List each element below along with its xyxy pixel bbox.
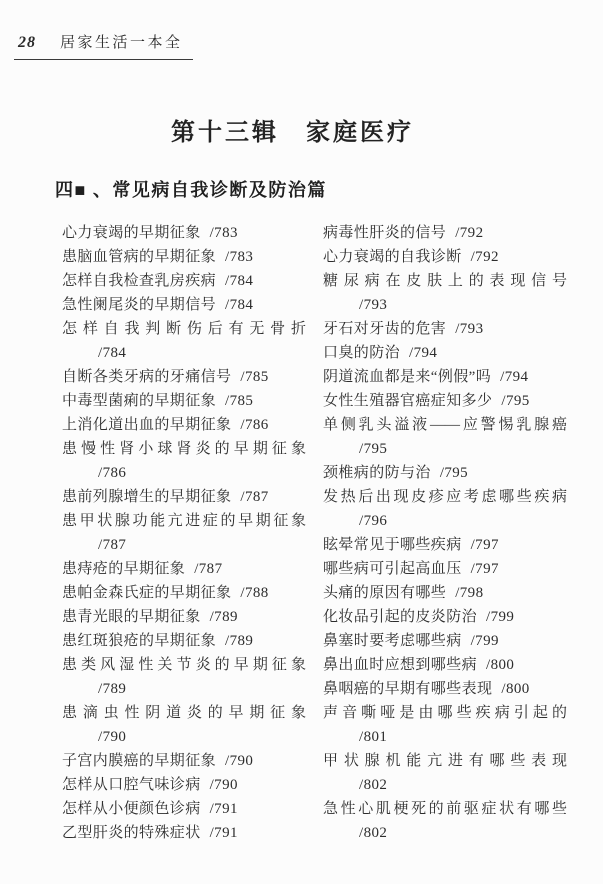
toc-entry-title: 单侧乳头溢液——应警惕乳腺癌 xyxy=(323,413,567,437)
toc-entry-title: 患甲状腺功能亢进症的早期征象 xyxy=(62,509,306,533)
toc-entry-title: 怎样从小便颜色诊病 xyxy=(62,801,201,817)
toc-entry: 化妆品引起的皮炎防治/799 xyxy=(323,605,567,629)
toc-entry: 心力衰竭的早期征象/783 xyxy=(62,221,306,245)
toc-entry-title: 心力衰竭的早期征象 xyxy=(62,225,201,241)
toc-entry: 头痛的原因有哪些/798 xyxy=(323,581,567,605)
toc-entry: 患帕金森氏症的早期征象/788 xyxy=(62,581,306,605)
toc-entry: 单侧乳头溢液——应警惕乳腺癌/795 xyxy=(323,413,567,461)
toc-entry: 怎样从口腔气味诊病/790 xyxy=(62,773,306,797)
toc-entry: 鼻出血时应想到哪些病/800 xyxy=(323,653,567,677)
toc-entry-title: 化妆品引起的皮炎防治 xyxy=(323,609,477,625)
toc-entry-title: 患青光眼的早期征象 xyxy=(62,609,201,625)
toc-entry-title: 急性阑尾炎的早期信号 xyxy=(62,297,216,313)
toc-entry: 自断各类牙病的牙痛信号/785 xyxy=(62,365,306,389)
running-head: 28 居家生活一本全 xyxy=(14,31,193,60)
toc-entry-page-number: /797 xyxy=(471,561,499,577)
toc-entry-title: 糖尿病在皮肤上的表现信号 xyxy=(323,269,567,293)
toc-entry-title: 鼻咽癌的早期有哪些表现 xyxy=(323,681,492,697)
toc-entry: 患青光眼的早期征象/789 xyxy=(62,605,306,629)
toc-entry-page-number: /799 xyxy=(471,633,499,649)
toc-entry-title: 患慢性肾小球肾炎的早期征象 xyxy=(62,437,306,461)
toc-entry-title: 中毒型菌痢的早期征象 xyxy=(62,393,216,409)
toc-entry-page-number: /783 xyxy=(210,225,238,241)
toc-entry-title: 鼻塞时要考虑哪些病 xyxy=(323,633,462,649)
toc-entry-page-number: /792 xyxy=(455,225,483,241)
toc-entry: 鼻咽癌的早期有哪些表现/800 xyxy=(323,677,567,701)
toc-entry-title: 鼻出血时应想到哪些病 xyxy=(323,657,477,673)
toc-entry-page-number: /789 xyxy=(225,633,253,649)
toc-column-left: 心力衰竭的早期征象/783患脑血管病的早期征象/783怎样自我检查乳房疾病/78… xyxy=(62,221,306,845)
toc-entry: 心力衰竭的自我诊断/792 xyxy=(323,245,567,269)
toc-entry-page-number: /795 xyxy=(501,393,529,409)
toc-entry-title: 头痛的原因有哪些 xyxy=(323,585,446,601)
toc-entry-title: 心力衰竭的自我诊断 xyxy=(323,249,462,265)
toc-entry: 患脑血管病的早期征象/783 xyxy=(62,245,306,269)
toc-entry: 患类风湿性关节炎的早期征象/789 xyxy=(62,653,306,701)
toc-entry: 甲状腺机能亢进有哪些表现/802 xyxy=(323,749,567,797)
toc-entry-page-number: /798 xyxy=(455,585,483,601)
toc-entry-title: 患前列腺增生的早期征象 xyxy=(62,489,231,505)
toc-entry-page-number: /787 xyxy=(62,533,306,557)
toc-entry-page-number: /793 xyxy=(323,293,567,317)
toc-entry: 颈椎病的防与治/795 xyxy=(323,461,567,485)
toc-entry: 子宫内膜癌的早期征象/790 xyxy=(62,749,306,773)
toc-entry-title: 患痔疮的早期征象 xyxy=(62,561,185,577)
toc-entry-page-number: /790 xyxy=(62,725,306,749)
toc-entry-page-number: /799 xyxy=(486,609,514,625)
toc-entry: 患前列腺增生的早期征象/787 xyxy=(62,485,306,509)
table-of-contents: 心力衰竭的早期征象/783患脑血管病的早期征象/783怎样自我检查乳房疾病/78… xyxy=(62,221,567,845)
toc-entry: 患滴虫性阴道炎的早期征象/790 xyxy=(62,701,306,749)
toc-entry-page-number: /784 xyxy=(62,341,306,365)
toc-entry-page-number: /794 xyxy=(409,345,437,361)
book-page: { "colors": { "paper": "#fcfcfc", "ink":… xyxy=(0,0,603,884)
toc-entry-page-number: /786 xyxy=(62,461,306,485)
toc-entry-title: 牙石对牙齿的危害 xyxy=(323,321,446,337)
toc-entry-page-number: /787 xyxy=(194,561,222,577)
toc-entry-page-number: /784 xyxy=(225,297,253,313)
toc-entry: 哪些病可引起高血压/797 xyxy=(323,557,567,581)
toc-entry: 声音嘶哑是由哪些疾病引起的/801 xyxy=(323,701,567,749)
toc-entry-title: 患帕金森氏症的早期征象 xyxy=(62,585,231,601)
toc-entry-title: 声音嘶哑是由哪些疾病引起的 xyxy=(323,701,567,725)
toc-entry-title: 口臭的防治 xyxy=(323,345,400,361)
toc-entry-page-number: /794 xyxy=(500,369,528,385)
toc-entry-title: 患滴虫性阴道炎的早期征象 xyxy=(62,701,306,725)
toc-entry-page-number: /784 xyxy=(225,273,253,289)
toc-entry: 乙型肝炎的特殊症状/791 xyxy=(62,821,306,845)
toc-entry-title: 阴道流血都是来“例假”吗 xyxy=(323,369,491,385)
toc-column-right: 病毒性肝炎的信号/792心力衰竭的自我诊断/792糖尿病在皮肤上的表现信号/79… xyxy=(323,221,567,845)
toc-entry-page-number: /795 xyxy=(440,465,468,481)
toc-entry: 眩晕常见于哪些疾病/797 xyxy=(323,533,567,557)
toc-entry-title: 怎样自我判断伤后有无骨折 xyxy=(62,317,306,341)
toc-entry-title: 急性心肌梗死的前驱症状有哪些 xyxy=(323,797,567,821)
toc-entry-page-number: /792 xyxy=(471,249,499,265)
toc-entry-page-number: /791 xyxy=(210,825,238,841)
toc-entry-title: 患类风湿性关节炎的早期征象 xyxy=(62,653,306,677)
toc-entry: 鼻塞时要考虑哪些病/799 xyxy=(323,629,567,653)
toc-entry: 上消化道出血的早期征象/786 xyxy=(62,413,306,437)
toc-entry: 患红斑狼疮的早期征象/789 xyxy=(62,629,306,653)
toc-entry-title: 患脑血管病的早期征象 xyxy=(62,249,216,265)
toc-entry-title: 女性生殖器官癌症知多少 xyxy=(323,393,492,409)
toc-entry-page-number: /802 xyxy=(323,773,567,797)
toc-entry-title: 上消化道出血的早期征象 xyxy=(62,417,231,433)
toc-entry: 病毒性肝炎的信号/792 xyxy=(323,221,567,245)
toc-entry-page-number: /790 xyxy=(225,753,253,769)
toc-entry: 女性生殖器官癌症知多少/795 xyxy=(323,389,567,413)
toc-entry-title: 甲状腺机能亢进有哪些表现 xyxy=(323,749,567,773)
toc-entry: 怎样自我判断伤后有无骨折/784 xyxy=(62,317,306,365)
toc-entry: 怎样从小便颜色诊病/791 xyxy=(62,797,306,821)
toc-entry-page-number: /802 xyxy=(323,821,567,845)
toc-entry-page-number: /783 xyxy=(225,249,253,265)
toc-entry-title: 患红斑狼疮的早期征象 xyxy=(62,633,216,649)
toc-entry-page-number: /790 xyxy=(210,777,238,793)
toc-entry-page-number: /785 xyxy=(225,393,253,409)
toc-entry-page-number: /801 xyxy=(323,725,567,749)
toc-entry-page-number: /791 xyxy=(210,801,238,817)
volume-title: 第十三辑 家庭医疗 xyxy=(0,112,585,147)
toc-entry-page-number: /796 xyxy=(323,509,567,533)
toc-entry: 患甲状腺功能亢进症的早期征象/787 xyxy=(62,509,306,557)
toc-entry: 糖尿病在皮肤上的表现信号/793 xyxy=(323,269,567,317)
toc-entry-page-number: /800 xyxy=(486,657,514,673)
toc-entry-page-number: /787 xyxy=(240,489,268,505)
toc-entry-page-number: /788 xyxy=(240,585,268,601)
toc-entry: 怎样自我检查乳房疾病/784 xyxy=(62,269,306,293)
toc-entry-page-number: /786 xyxy=(240,417,268,433)
toc-entry: 中毒型菌痢的早期征象/785 xyxy=(62,389,306,413)
toc-entry-page-number: /793 xyxy=(455,321,483,337)
toc-entry-title: 病毒性肝炎的信号 xyxy=(323,225,446,241)
running-head-book-title: 居家生活一本全 xyxy=(60,35,183,51)
toc-entry: 患痔疮的早期征象/787 xyxy=(62,557,306,581)
toc-entry: 口臭的防治/794 xyxy=(323,341,567,365)
toc-entry: 急性阑尾炎的早期信号/784 xyxy=(62,293,306,317)
toc-entry-title: 怎样自我检查乳房疾病 xyxy=(62,273,216,289)
toc-entry-title: 哪些病可引起高血压 xyxy=(323,561,462,577)
toc-entry-page-number: /797 xyxy=(471,537,499,553)
toc-entry-page-number: /800 xyxy=(501,681,529,697)
toc-entry-title: 怎样从口腔气味诊病 xyxy=(62,777,201,793)
toc-entry-page-number: /795 xyxy=(323,437,567,461)
toc-entry: 牙石对牙齿的危害/793 xyxy=(323,317,567,341)
chapter-heading: 四■ 、常见病自我诊断及防治篇 xyxy=(55,176,327,202)
toc-entry-title: 子宫内膜癌的早期征象 xyxy=(62,753,216,769)
running-head-page-number: 28 xyxy=(18,34,36,51)
toc-entry: 阴道流血都是来“例假”吗/794 xyxy=(323,365,567,389)
toc-entry: 发热后出现皮疹应考虑哪些疾病/796 xyxy=(323,485,567,533)
toc-entry-title: 颈椎病的防与治 xyxy=(323,465,431,481)
toc-entry: 急性心肌梗死的前驱症状有哪些/802 xyxy=(323,797,567,845)
toc-entry-title: 自断各类牙病的牙痛信号 xyxy=(62,369,231,385)
toc-entry-page-number: /789 xyxy=(210,609,238,625)
toc-entry: 患慢性肾小球肾炎的早期征象/786 xyxy=(62,437,306,485)
toc-entry-title: 眩晕常见于哪些疾病 xyxy=(323,537,462,553)
toc-entry-title: 乙型肝炎的特殊症状 xyxy=(62,825,201,841)
toc-entry-title: 发热后出现皮疹应考虑哪些疾病 xyxy=(323,485,567,509)
toc-entry-page-number: /785 xyxy=(240,369,268,385)
toc-entry-page-number: /789 xyxy=(62,677,306,701)
